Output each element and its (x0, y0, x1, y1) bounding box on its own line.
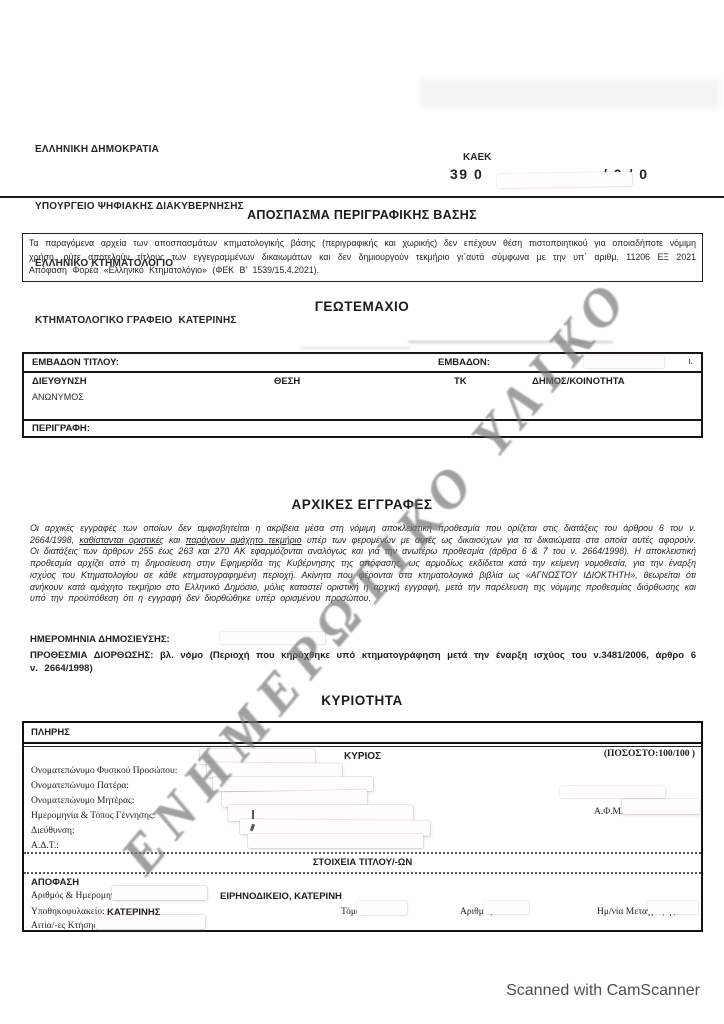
address-value: ΑΝΩΝΥΜΟΣ (32, 392, 84, 402)
address-label: Διεύθυνση: (31, 824, 177, 839)
redaction-patch-right (560, 786, 665, 798)
area-title-label: ΕΜΒΑΔΟΝ ΤΙΤΛΟΥ: (32, 357, 119, 368)
geo-row-description: ΠΕΡΙΓΡΑΦΗ: (24, 421, 701, 436)
court-value: ΕΙΡΗΝΟΔΙΚΕΙΟ, ΚΑΤΕΡΙΝΗ (220, 891, 342, 902)
redaction-patch-acquisition (95, 915, 205, 929)
scan-artifact-smudge (420, 78, 720, 108)
scanner-credit: Scanned with CamScanner (0, 982, 700, 1000)
scan-artifact-streak (300, 347, 410, 349)
redaction-patch-kaek (497, 172, 632, 188)
dotted-divider (24, 872, 701, 874)
person-name-label: Ονοματεπώνυμο Φυσικού Προσώπου: (31, 764, 177, 779)
redaction-patch-afm (622, 799, 700, 814)
kaek-number-prefix: 39 0 (450, 166, 483, 182)
geotemachio-table: ΕΜΒΑΔΟΝ ΤΙΤΛΟΥ: ΕΜΒΑΔΟΝ: ι. ΔΙΕΥΘΥΝΣΗ ΘΕ… (22, 352, 703, 438)
redaction-patch-number (484, 901, 529, 914)
geo-row-address: ΔΙΕΥΘΥΝΣΗ ΘΕΣΗ ΤΚ ΔΗΜΟΣ/ΚΟΙΝΟΤΗΤΑ ΑΝΩΝΥΜ… (24, 373, 701, 421)
owner-detail-labels: Ονοματεπώνυμο Φυσικού Προσώπου: Ονοματεπ… (31, 764, 177, 855)
redaction-patch-name (248, 834, 423, 848)
area-unit: ι. (689, 356, 694, 366)
owner-header: ΚΥΡΙΟΣ (24, 751, 701, 762)
redaction-patch-pubdate (220, 632, 325, 644)
address-label: ΔΙΕΥΘΥΝΣΗ (32, 376, 87, 387)
mother-name-label: Ονοματεπώνυμο Μητέρας: (31, 794, 177, 809)
publication-date-label: ΗΜΕΡΟΜΗΝΙΑ ΔΗΜΟΣΙΕΥΣΗΣ: (30, 634, 170, 645)
double-divider (22, 742, 703, 747)
ownership-percent: (ΠΟΣΟΣΤΟ:100/100 ) (604, 749, 695, 759)
gov-header-line: ΕΛΛΗΝΙΚΗ ΔΗΜΟΚΡΑΤΙΑ (35, 140, 244, 159)
birth-label: Ημερομηνία & Τόπος Γέννησης: (31, 809, 177, 824)
residual-ink-mark (252, 810, 254, 819)
scan-artifact-streak (408, 341, 613, 343)
extract-title: ΑΠΟΣΠΑΣΜΑ ΠΕΡΙΓΡΑΦΙΚΗΣ ΒΑΣΗΣ (0, 208, 724, 222)
geotemachio-title: ΓΕΩΤΕΜΑΧΙΟ (0, 299, 724, 314)
header-divider-rule (0, 196, 724, 198)
scanned-document-page: ΕΛΛΗΝΙΚΗ ΔΗΜΟΚΡΑΤΙΑ ΥΠΟΥΡΓΕΙΟ ΨΗΦΙΑΚΗΣ Δ… (0, 0, 724, 1024)
geo-row-area: ΕΜΒΑΔΟΝ ΤΙΤΛΟΥ: ΕΜΒΑΔΟΝ: ι. (24, 354, 701, 373)
kaek-label: ΚΑΕΚ (463, 152, 491, 163)
title-elements-header: ΣΤΟΙΧΕΙΑ ΤΙΤΛΟΥ/-ΩΝ (24, 857, 701, 868)
redaction-patch-transcription-date (648, 901, 698, 914)
redaction-patch-volume (357, 901, 407, 915)
correction-deadline-text: ΠΡΟΘΕΣΜΙΑ ΔΙΟΡΘΩΣΗΣ: βλ. νόμο (Περιοχή π… (30, 650, 696, 675)
acquisition-cause-label: Αιτία/-ες Κτήσης: (31, 921, 100, 931)
decision-label: ΑΠΟΦΑΣΗ (31, 877, 79, 888)
disclaimer-box: Τα παραγόμενα αρχεία των αποσπασμάτων κτ… (22, 233, 703, 282)
position-label: ΘΕΣΗ (274, 376, 300, 387)
afm-label: Α.Φ.Μ. (594, 807, 623, 817)
municipality-label: ΔΗΜΟΣ/ΚΟΙΝΟΤΗΤΑ (532, 376, 625, 387)
archikes-paragraph: Οι αρχικές εγγραφές των οποίων δεν αμφισ… (30, 523, 696, 605)
dotted-divider (24, 852, 701, 854)
ownership-type: ΠΛΗΡΗΣ (31, 727, 70, 738)
kyriotita-title: ΚΥΡΙΟΤΗΤΑ (0, 693, 724, 708)
redaction-patch-decision-number (112, 886, 207, 900)
description-label: ΠΕΡΙΓΡΑΦΗ: (32, 423, 90, 434)
archikes-underlined-text: καθίστανται οριστικές (79, 535, 163, 545)
father-name-label: Ονοματεπώνυμο Πατέρα: (31, 779, 177, 794)
archikes-title: ΑΡΧΙΚΕΣ ΕΓΓΡΑΦΕΣ (0, 497, 724, 512)
area-label: ΕΜΒΑΔΟΝ: (438, 357, 490, 368)
archikes-underlined-text: παράγουν αμάχητο τεκμήριο (186, 535, 302, 545)
postal-code-label: ΤΚ (454, 376, 467, 387)
mortgage-office-label: Υποθηκοφυλακείο: (31, 907, 105, 917)
archikes-text: και (164, 535, 186, 545)
redaction-patch-name (213, 777, 373, 791)
redaction-patch-area (584, 356, 664, 368)
